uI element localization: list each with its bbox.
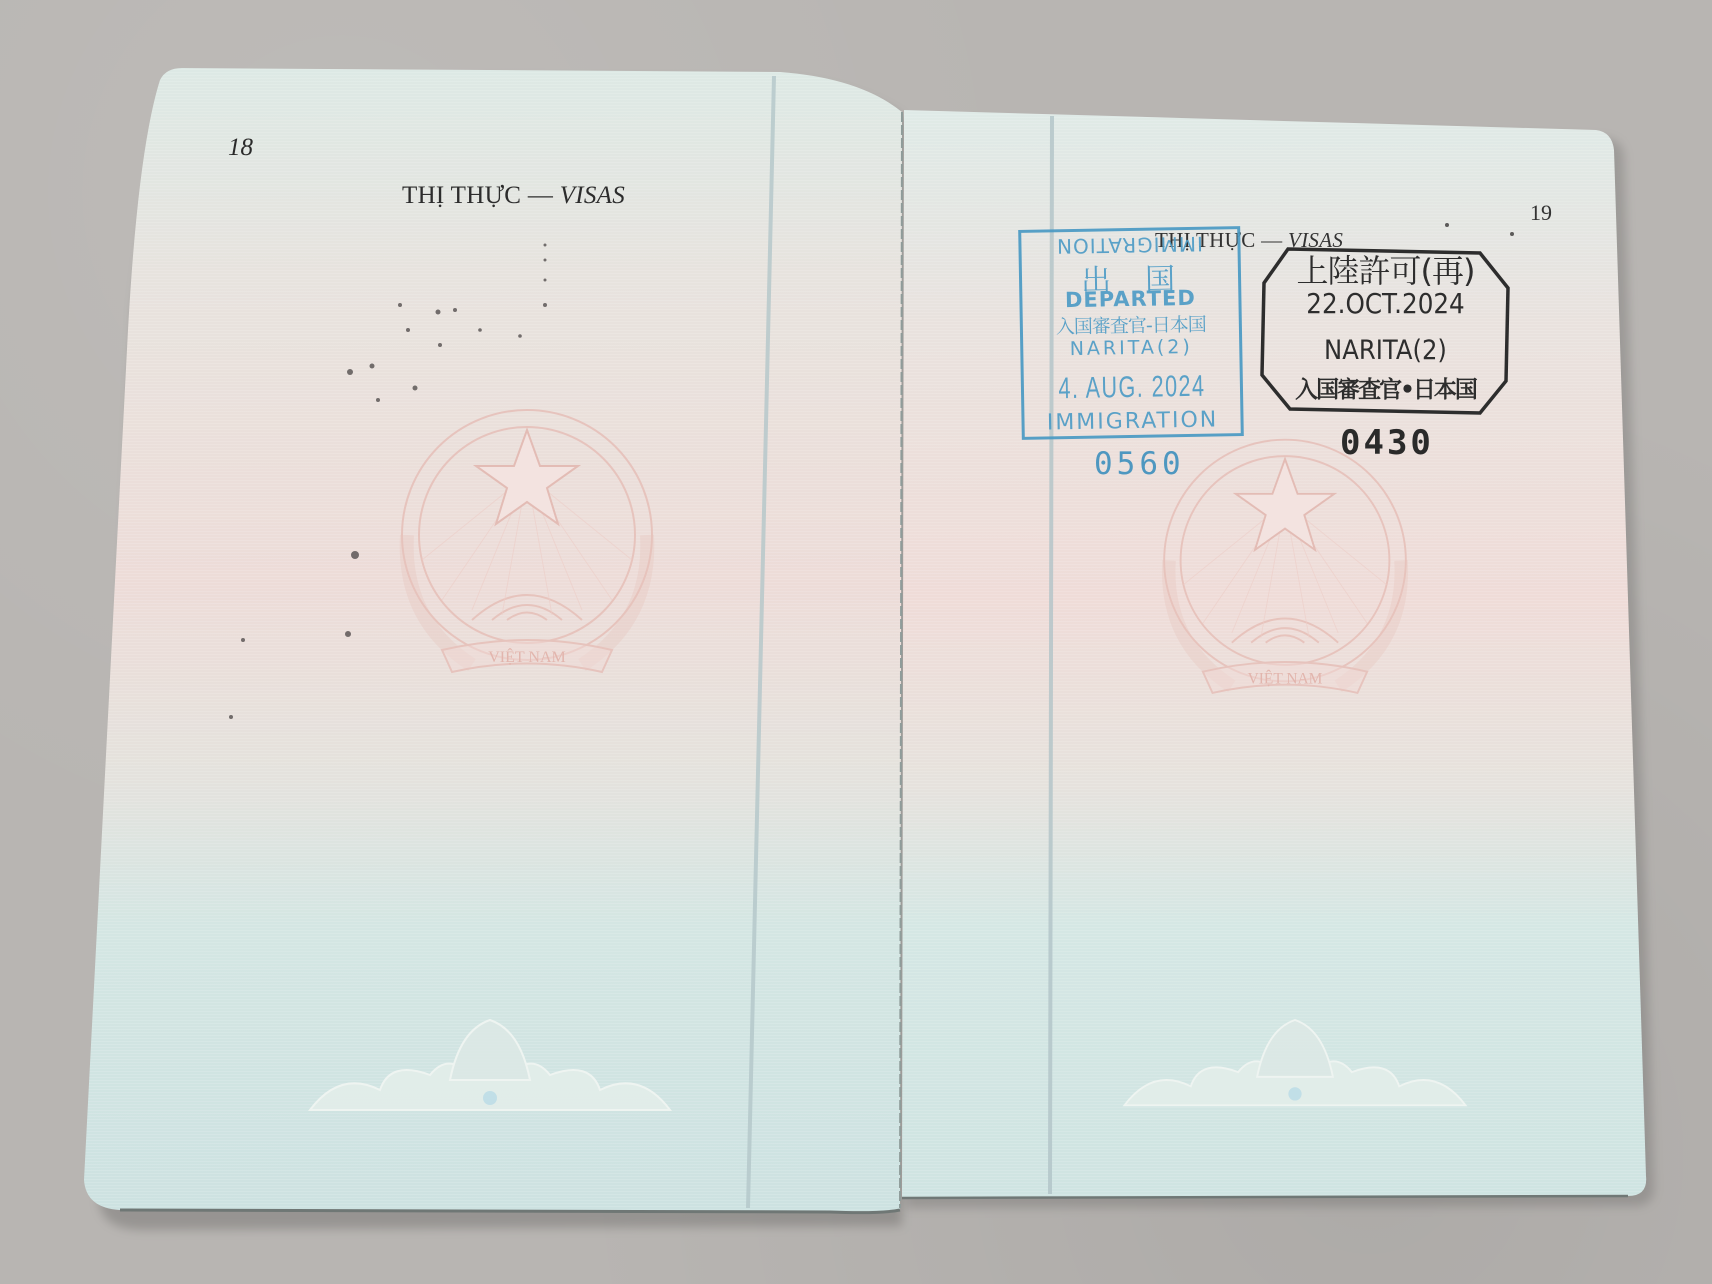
stamp-date: 22.OCT.2024	[1273, 287, 1497, 320]
departure-stamp: IMMIGRATION 出国 DEPARTED 入国審査官-日本国 NARITA…	[1018, 226, 1244, 440]
stamp-officer: 入国審査官•日本国	[1258, 371, 1513, 404]
heading-en: VISAS	[560, 182, 625, 209]
passport-scene: 18 THỊ THỰC — VISAS VIỆT NAM	[0, 0, 1712, 1284]
stamp-airport: NARITA(2)	[1271, 335, 1501, 366]
landing-permission-stamp: 上陸許可(再) 22.OCT.2024 NARITA(2) 入国審査官•日本国	[1258, 243, 1513, 418]
heading-vi: THỊ THỰC	[402, 182, 521, 209]
svg-text:VIỆT NAM: VIỆT NAM	[488, 647, 565, 666]
stamp-airport: NARITA(2)	[1023, 335, 1239, 361]
stamp-bottom-text: IMMIGRATION	[1024, 407, 1240, 436]
stamp-title: 上陸許可(再)	[1258, 246, 1513, 292]
svg-text:VIỆT NAM: VIỆT NAM	[1248, 670, 1323, 687]
lotus-cloud-ornament-right-icon	[1115, 1010, 1475, 1120]
departure-stamp-serial: 0560	[1094, 446, 1185, 482]
page-number-right: 19	[1530, 200, 1552, 226]
heading-separator: —	[528, 182, 553, 209]
landing-stamp-serial: 0430	[1340, 423, 1434, 463]
page-heading-left: THỊ THỰC — VISAS	[402, 182, 625, 210]
page-number-left: 18	[228, 134, 253, 162]
national-emblem-left-icon: VIỆT NAM	[362, 400, 692, 700]
lotus-cloud-ornament-left-icon	[300, 1010, 680, 1125]
stamp-date: 4. AUG. 2024	[1054, 370, 1210, 407]
